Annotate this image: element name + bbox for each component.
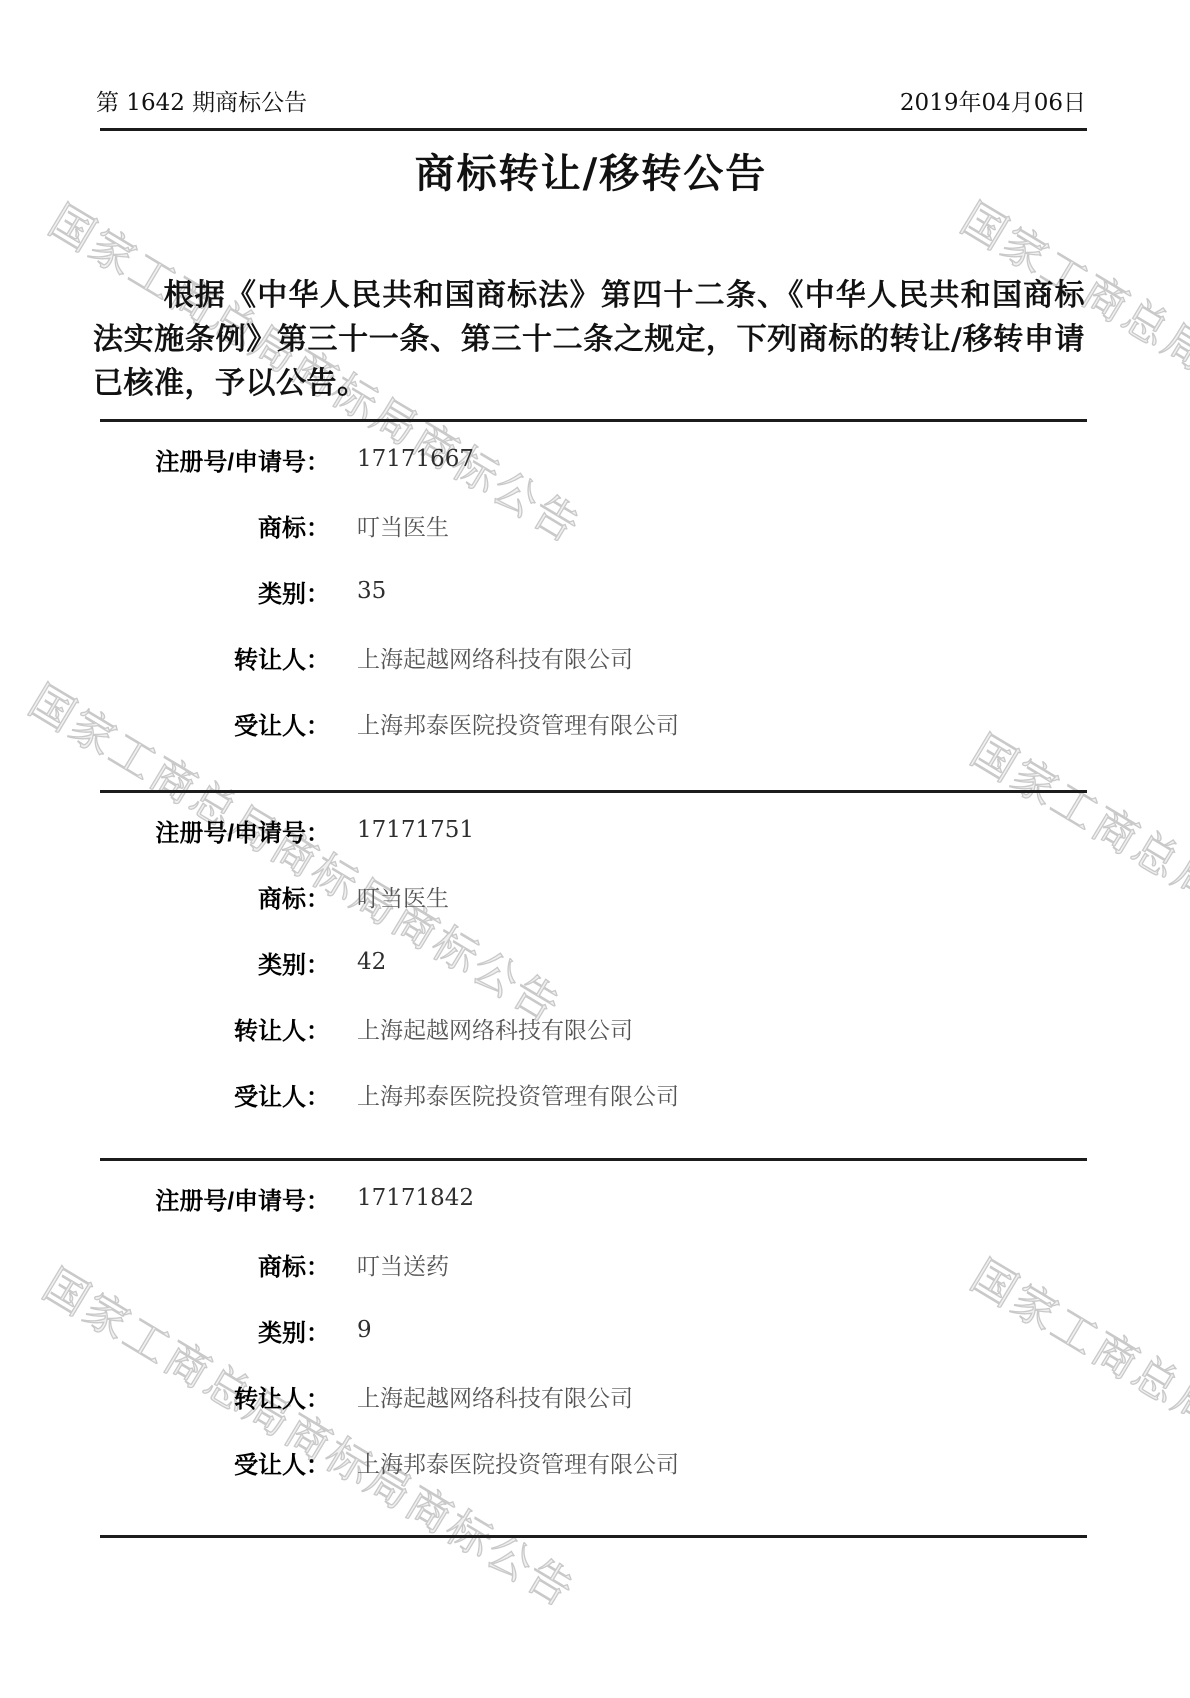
reg-no-value: 17171667 (357, 446, 474, 472)
category-value: 9 (357, 1317, 372, 1343)
trademark-record-3: 注册号/申请号： 17171842 商标： 叮当送药 类别： 9 转让人： 上海… (100, 1158, 1087, 1535)
category-row: 类别： 42 (100, 929, 1087, 995)
trademark-value: 叮当医生 (357, 509, 449, 542)
page-header: 第 1642 期商标公告 2019年04月06日 (96, 84, 1086, 117)
category-label: 类别： (100, 574, 330, 609)
category-label: 类别： (100, 945, 330, 980)
assignee-value: 上海邦泰医院投资管理有限公司 (357, 1446, 679, 1479)
assignee-row: 受让人： 上海邦泰医院投资管理有限公司 (100, 1061, 1087, 1127)
trademark-label: 商标： (100, 508, 330, 543)
assignee-row: 受让人： 上海邦泰医院投资管理有限公司 (100, 690, 1087, 756)
assignee-label: 受让人： (100, 706, 330, 741)
assignor-label: 转让人： (100, 1379, 330, 1414)
reg-no-row: 注册号/申请号： 17171751 (100, 797, 1087, 863)
reg-no-label: 注册号/申请号： (100, 1181, 330, 1216)
reg-no-value: 17171751 (357, 817, 474, 843)
bottom-rule (100, 1535, 1087, 1538)
trademark-value: 叮当医生 (357, 880, 449, 913)
reg-no-label: 注册号/申请号： (100, 813, 330, 848)
assignor-value: 上海起越网络科技有限公司 (357, 1380, 633, 1413)
trademark-row: 商标： 叮当医生 (100, 863, 1087, 929)
trademark-label: 商标： (100, 879, 330, 914)
assignor-row: 转让人： 上海起越网络科技有限公司 (100, 1363, 1087, 1429)
reg-no-row: 注册号/申请号： 17171667 (100, 426, 1087, 492)
assignee-value: 上海邦泰医院投资管理有限公司 (357, 1078, 679, 1111)
category-row: 类别： 35 (100, 558, 1087, 624)
intro-paragraph: 根据《中华人民共和国商标法》第四十二条、《中华人民共和国商标法实施条例》第三十一… (93, 274, 1085, 406)
assignor-label: 转让人： (100, 1011, 330, 1046)
trademark-value: 叮当送药 (357, 1248, 449, 1281)
reg-no-row: 注册号/申请号： 17171842 (100, 1165, 1087, 1231)
record-list: 注册号/申请号： 17171667 商标： 叮当医生 类别： 35 转让人： 上… (100, 419, 1087, 1538)
category-row: 类别： 9 (100, 1297, 1087, 1363)
assignor-value: 上海起越网络科技有限公司 (357, 641, 633, 674)
page-title: 商标转让/移转公告 (96, 142, 1086, 199)
reg-no-label: 注册号/申请号： (100, 442, 330, 477)
assignee-label: 受让人： (100, 1445, 330, 1480)
trademark-label: 商标： (100, 1247, 330, 1282)
trademark-row: 商标： 叮当医生 (100, 492, 1087, 558)
trademark-record-1: 注册号/申请号： 17171667 商标： 叮当医生 类别： 35 转让人： 上… (100, 419, 1087, 790)
assignor-value: 上海起越网络科技有限公司 (357, 1012, 633, 1045)
assignor-row: 转让人： 上海起越网络科技有限公司 (100, 995, 1087, 1061)
assignee-value: 上海邦泰医院投资管理有限公司 (357, 707, 679, 740)
assignor-label: 转让人： (100, 640, 330, 675)
publication-date: 2019年04月06日 (900, 84, 1086, 117)
trademark-record-2: 注册号/申请号： 17171751 商标： 叮当医生 类别： 42 转让人： 上… (100, 790, 1087, 1158)
reg-no-value: 17171842 (357, 1185, 474, 1211)
announcement-page: 国家工商总局商标局商标公告 国家工商总局商标局商标公告 国家工商总局商标局商标公… (0, 0, 1190, 1698)
trademark-row: 商标： 叮当送药 (100, 1231, 1087, 1297)
category-label: 类别： (100, 1313, 330, 1348)
header-rule (100, 128, 1087, 131)
assignor-row: 转让人： 上海起越网络科技有限公司 (100, 624, 1087, 690)
issue-number-label: 第 1642 期商标公告 (96, 84, 307, 117)
category-value: 35 (357, 578, 386, 604)
category-value: 42 (357, 949, 386, 975)
assignee-row: 受让人： 上海邦泰医院投资管理有限公司 (100, 1429, 1087, 1495)
assignee-label: 受让人： (100, 1077, 330, 1112)
